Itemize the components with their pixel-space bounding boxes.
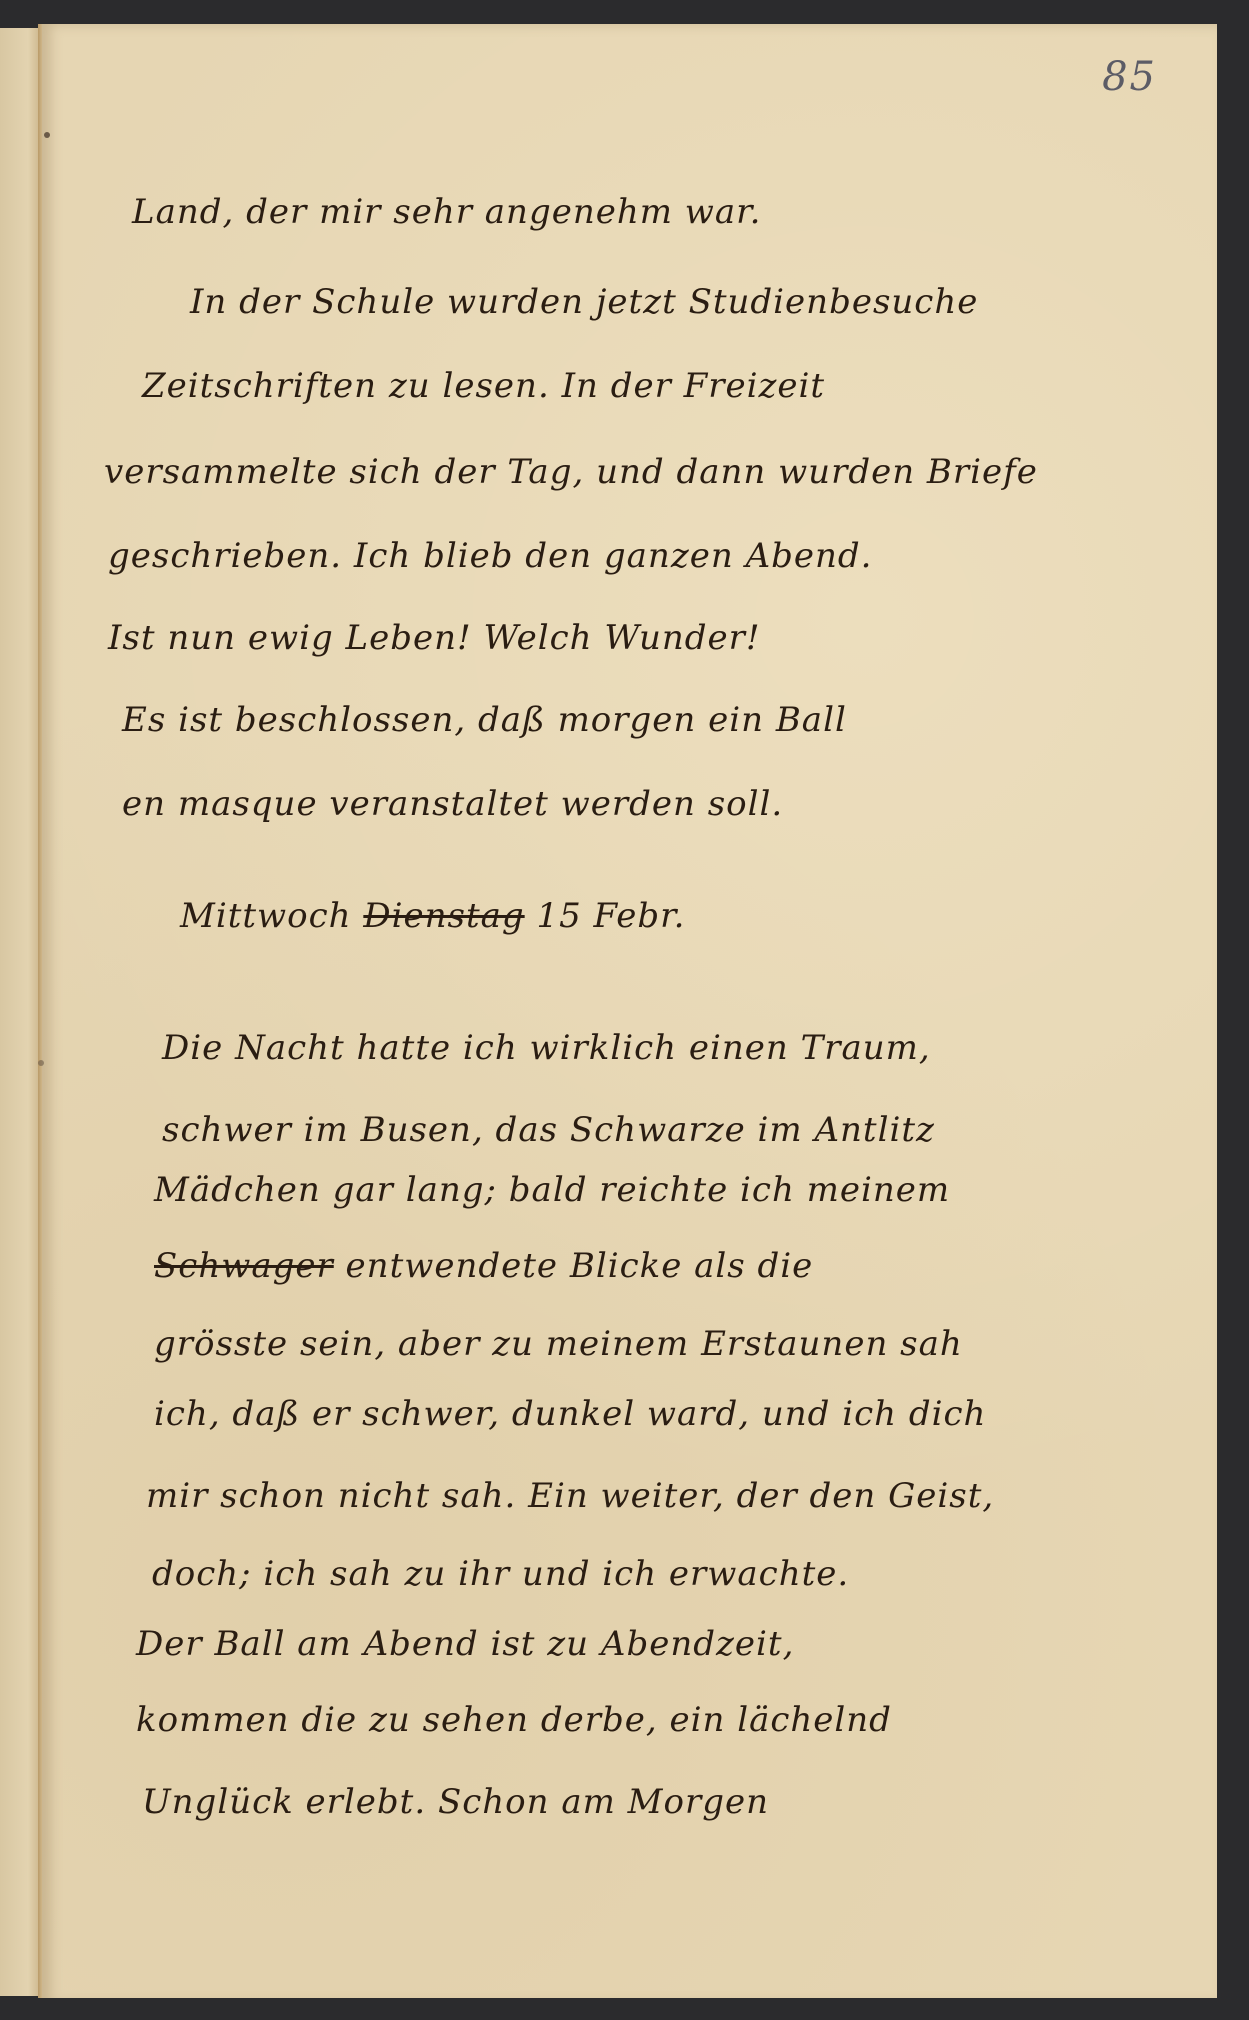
manuscript-line: geschrieben. Ich blieb den ganzen Abend.	[108, 536, 872, 576]
manuscript-page: 85 Land, der mir sehr angenehm war. In d…	[42, 24, 1217, 2004]
paper-speck	[44, 132, 50, 138]
manuscript-line: mir schon nicht sah. Ein weiter, der den…	[146, 1476, 994, 1516]
manuscript-line: grösste sein, aber zu meinem Erstaunen s…	[154, 1324, 963, 1364]
manuscript-line: schwer im Busen, das Schwarze im Antlitz	[162, 1110, 935, 1150]
manuscript-line: Mädchen gar lang; bald reichte ich meine…	[154, 1170, 950, 1210]
struck-word: Dienstag	[363, 896, 524, 936]
manuscript-line: Unglück erlebt. Schon am Morgen	[142, 1782, 769, 1822]
date-heading-text: Mittwoch Dienstag 15 Febr.	[180, 896, 685, 936]
manuscript-line: Die Nacht hatte ich wirklich einen Traum…	[162, 1028, 931, 1068]
manuscript-line: en masque veranstaltet werden soll.	[122, 784, 783, 824]
manuscript-line: doch; ich sah zu ihr und ich erwachte.	[152, 1554, 849, 1594]
page-number: 85	[1102, 54, 1157, 100]
manuscript-line: Schwager entwendete Blicke als die	[154, 1246, 813, 1286]
date-heading: Mittwoch Dienstag 15 Febr.	[180, 896, 685, 936]
struck-word: Schwager	[154, 1246, 334, 1286]
manuscript-line: Land, der mir sehr angenehm war.	[132, 192, 762, 232]
manuscript-line: In der Schule wurden jetzt Studienbesuch…	[190, 282, 978, 322]
paper-speck	[38, 1060, 44, 1066]
manuscript-line: Es ist beschlossen, daß morgen ein Ball	[122, 700, 847, 740]
manuscript-line: Ist nun ewig Leben! Welch Wunder!	[108, 618, 761, 658]
left-facing-page-edge	[0, 28, 41, 1996]
scan-background	[0, 1998, 1249, 2020]
manuscript-line: Zeitschriften zu lesen. In der Freizeit	[142, 366, 825, 406]
manuscript-line: kommen die zu sehen derbe, ein lächelnd	[136, 1700, 892, 1740]
manuscript-line: ich, daß er schwer, dunkel ward, und ich…	[154, 1394, 986, 1434]
manuscript-line: Der Ball am Abend ist zu Abendzeit,	[136, 1624, 794, 1664]
manuscript-line: versammelte sich der Tag, und dann wurde…	[104, 452, 1038, 492]
